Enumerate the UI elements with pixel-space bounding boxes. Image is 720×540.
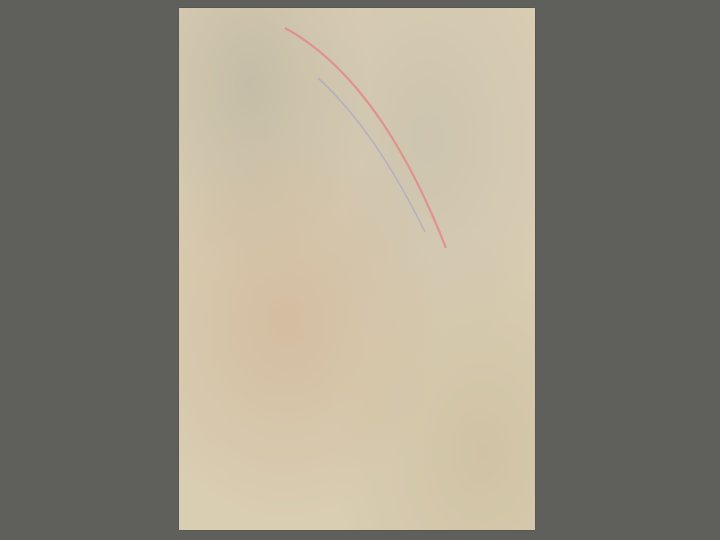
print-sheet-reverse <box>179 8 535 530</box>
